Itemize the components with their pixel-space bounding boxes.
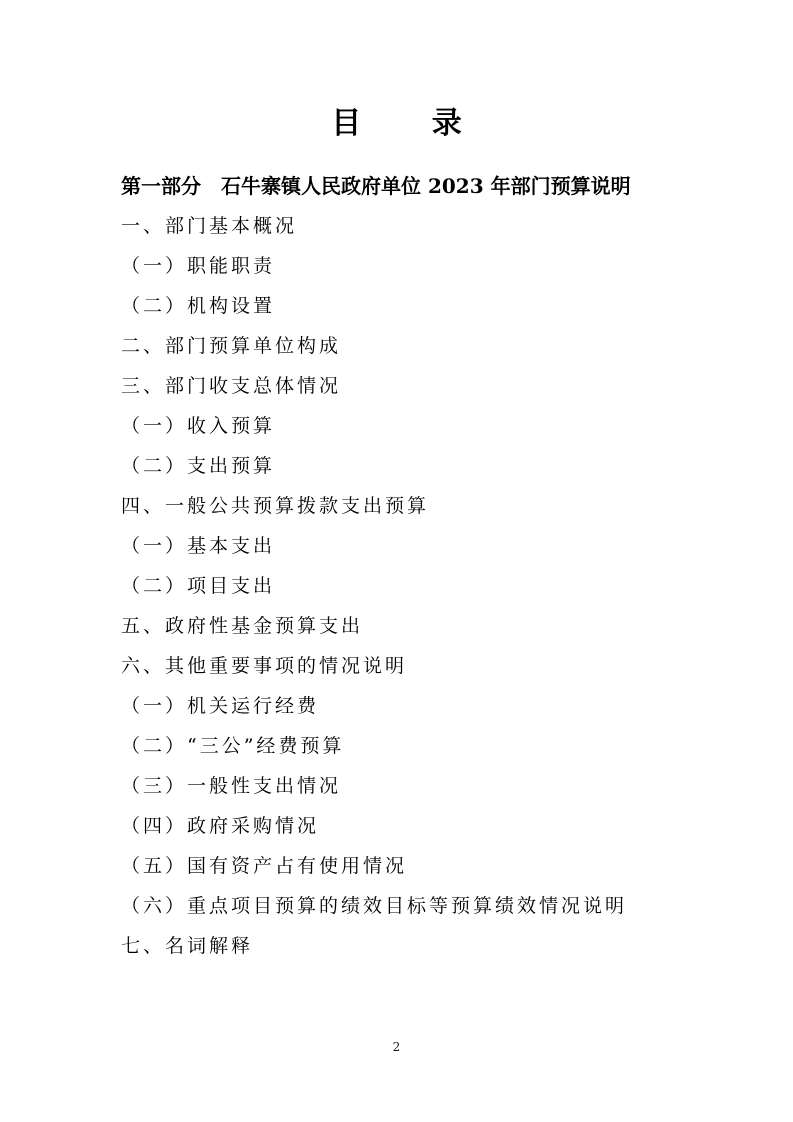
page-title: 目 录 (0, 104, 793, 144)
toc-sub-3-2: （二）支出预算 (121, 446, 721, 486)
toc-section-1: 一、部门基本概况 (121, 206, 721, 246)
toc-sub-6-1: （一）机关运行经费 (121, 686, 721, 726)
toc-sub-6-4: （四）政府采购情况 (121, 806, 721, 846)
toc-sub-6-5: （五）国有资产占有使用情况 (121, 846, 721, 886)
toc-sub-6-2: （二）“三公”经费预算 (121, 726, 721, 766)
toc-section-2: 二、部门预算单位构成 (121, 326, 721, 366)
toc-part-1: 第一部分 石牛寨镇人民政府单位 2023 年部门预算说明 (121, 166, 721, 206)
toc-section-7: 七、名词解释 (121, 926, 721, 966)
toc-section-4: 四、一般公共预算拨款支出预算 (121, 486, 721, 526)
toc-section-3: 三、部门收支总体情况 (121, 366, 721, 406)
table-of-contents: 第一部分 石牛寨镇人民政府单位 2023 年部门预算说明 一、部门基本概况 （一… (121, 166, 721, 966)
toc-sub-4-1: （一）基本支出 (121, 526, 721, 566)
toc-section-6: 六、其他重要事项的情况说明 (121, 646, 721, 686)
toc-sub-1-2: （二）机构设置 (121, 286, 721, 326)
toc-sub-4-2: （二）项目支出 (121, 566, 721, 606)
toc-sub-1-1: （一）职能职责 (121, 246, 721, 286)
toc-sub-6-6: （六）重点项目预算的绩效目标等预算绩效情况说明 (121, 886, 721, 926)
toc-section-5: 五、政府性基金预算支出 (121, 606, 721, 646)
page-number: 2 (0, 1040, 793, 1054)
toc-sub-6-3: （三）一般性支出情况 (121, 766, 721, 806)
toc-sub-3-1: （一）收入预算 (121, 406, 721, 446)
